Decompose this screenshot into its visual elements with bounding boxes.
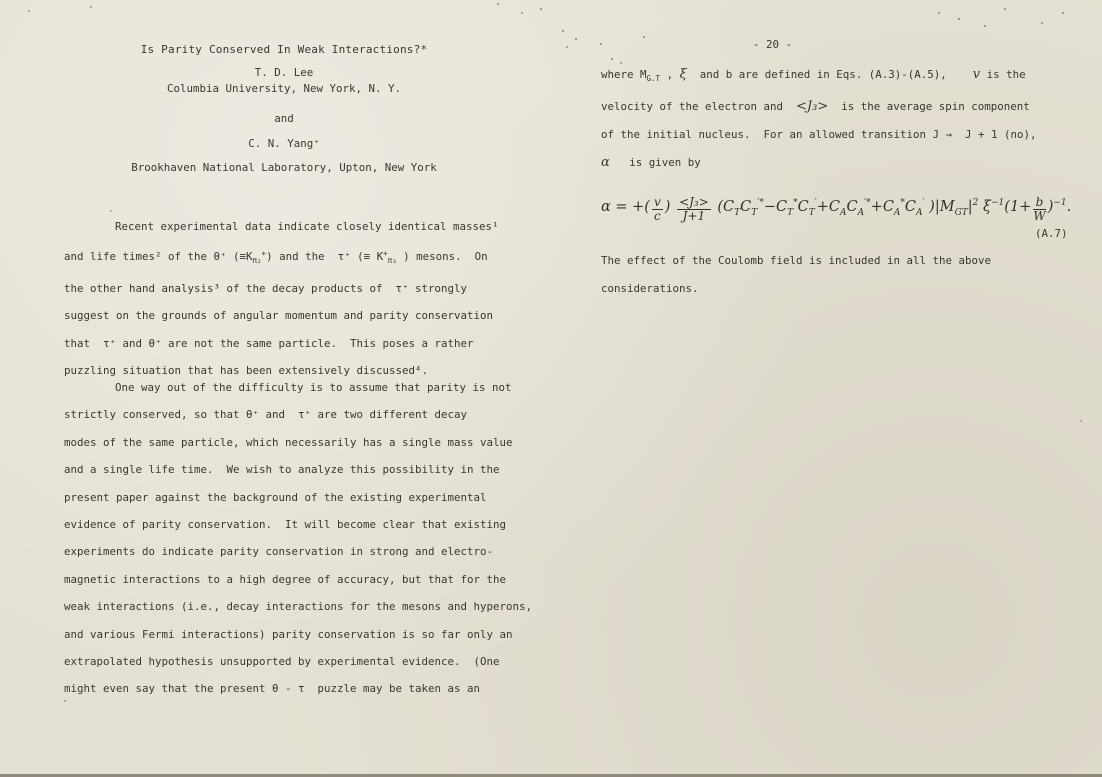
- text-line: considerations.: [601, 275, 1046, 303]
- text-line: weak interactions (i.e., decay interacti…: [64, 593, 564, 620]
- right-page: - 20 - where MG.T , ξ and b are defined …: [601, 0, 1046, 777]
- text-line: velocity of the electron and <J₃> is the…: [601, 93, 1046, 121]
- text-line: and various Fermi interactions) parity c…: [64, 621, 564, 648]
- paper-speckles: [0, 0, 2, 2]
- and-label: and: [64, 112, 504, 125]
- author-name-lee: T. D. Lee: [64, 66, 504, 79]
- text-line: modes of the same particle, which necess…: [64, 429, 564, 456]
- text-line: that τ⁺ and θ⁺ are not the same particle…: [64, 330, 564, 357]
- text-line: present paper against the background of …: [64, 484, 564, 511]
- text-line: extrapolated hypothesis unsupported by e…: [64, 648, 564, 675]
- text-line: evidence of parity conservation. It will…: [64, 511, 564, 538]
- paragraph-1: Recent experimental data indicate closel…: [64, 213, 564, 384]
- text-line: might even say that the present θ - τ pu…: [64, 675, 564, 702]
- text-line: magnetic interactions to a high degree o…: [64, 566, 564, 593]
- text-line: of the initial nucleus. For an allowed t…: [601, 121, 1046, 149]
- scanned-paper: { "colors": { "paper": "#e4e0d3", "ink":…: [0, 0, 1102, 777]
- equation-a7: α = +(vc) <J₃>J+1 (CTCT′*−CT*CT′+CACA′*+…: [601, 196, 1046, 223]
- text-line: where MG.T , ξ and b are defined in Eqs.…: [601, 61, 1046, 93]
- text-line: suggest on the grounds of angular moment…: [64, 302, 564, 329]
- paper-title: Is Parity Conserved In Weak Interactions…: [64, 43, 504, 56]
- text-line: the other hand analysis³ of the decay pr…: [64, 275, 564, 302]
- text-line: α is given by: [601, 149, 1046, 177]
- author-affiliation-lee: Columbia University, New York, N. Y.: [64, 82, 504, 95]
- page-number: - 20 -: [753, 38, 792, 51]
- equation-label: (A.7): [1035, 227, 1068, 240]
- appendix-paragraph-bottom: The effect of the Coulomb field is inclu…: [601, 247, 1046, 303]
- text-line: One way out of the difficulty is to assu…: [64, 374, 564, 401]
- left-page: Is Parity Conserved In Weak Interactions…: [64, 0, 546, 777]
- paragraph-2: One way out of the difficulty is to assu…: [64, 374, 564, 703]
- text-line: and a single life time. We wish to analy…: [64, 456, 564, 483]
- text-line: The effect of the Coulomb field is inclu…: [601, 247, 1046, 275]
- text-line: strictly conserved, so that θ⁺ and τ⁺ ar…: [64, 401, 564, 428]
- appendix-paragraph-top: where MG.T , ξ and b are defined in Eqs.…: [601, 61, 1046, 177]
- author-name-yang: C. N. Yang⁺: [64, 137, 504, 150]
- text-line: experiments do indicate parity conservat…: [64, 538, 564, 565]
- text-line: and life times² of the θ⁺ (≡Kπ₂+) and th…: [64, 240, 564, 274]
- author-affiliation-yang: Brookhaven National Laboratory, Upton, N…: [64, 161, 504, 174]
- text-line: Recent experimental data indicate closel…: [64, 213, 564, 240]
